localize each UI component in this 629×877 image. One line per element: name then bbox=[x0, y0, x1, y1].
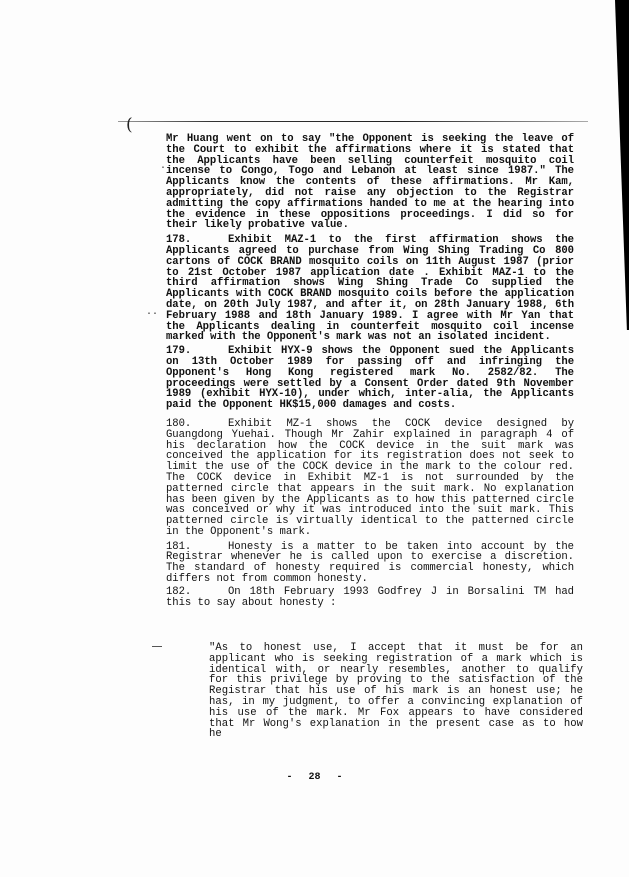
document-body: Mr Huang went on to say "the Opponent is… bbox=[166, 134, 574, 608]
paragraph-182: 182.On 18th February 1993 Godfrey J in B… bbox=[166, 587, 574, 609]
paragraph-text: Exhibit MZ-1 shows the COCK device desig… bbox=[166, 418, 574, 538]
intro-paragraph: Mr Huang went on to say "the Opponent is… bbox=[166, 134, 574, 231]
paragraph-text: Exhibit MAZ-1 to the first affirmation s… bbox=[166, 234, 574, 343]
page-number-dash-left: - bbox=[286, 772, 292, 783]
margin-dots: .. bbox=[146, 308, 158, 318]
page-number-dash-right: - bbox=[337, 772, 343, 783]
paragraph-180: 180.Exhibit MZ-1 shows the COCK device d… bbox=[166, 419, 574, 538]
paragraph-179: 179.Exhibit HYX-9 shows the Opponent sue… bbox=[166, 346, 574, 411]
paragraph-text: On 18th February 1993 Godfrey J in Borsa… bbox=[166, 586, 574, 609]
header-rule bbox=[118, 121, 588, 122]
page-footer: - 28 - bbox=[0, 772, 629, 783]
quoted-judgment: "As to honest use, I accept that it must… bbox=[209, 643, 583, 740]
paragraph-181: 181.Honesty is a matter to be taken into… bbox=[166, 542, 574, 585]
paragraph-178: 178.Exhibit MAZ-1 to the first affirmati… bbox=[166, 235, 574, 343]
paragraph-text: Honesty is a matter to be taken into acc… bbox=[166, 541, 574, 585]
page-number: 28 bbox=[308, 772, 320, 783]
margin-bracket-mark: ( bbox=[126, 117, 133, 134]
scan-edge-shadow bbox=[615, 0, 629, 330]
margin-dash bbox=[152, 646, 162, 647]
paragraph-text: Exhibit HYX-9 shows the Opponent sued th… bbox=[166, 345, 574, 411]
